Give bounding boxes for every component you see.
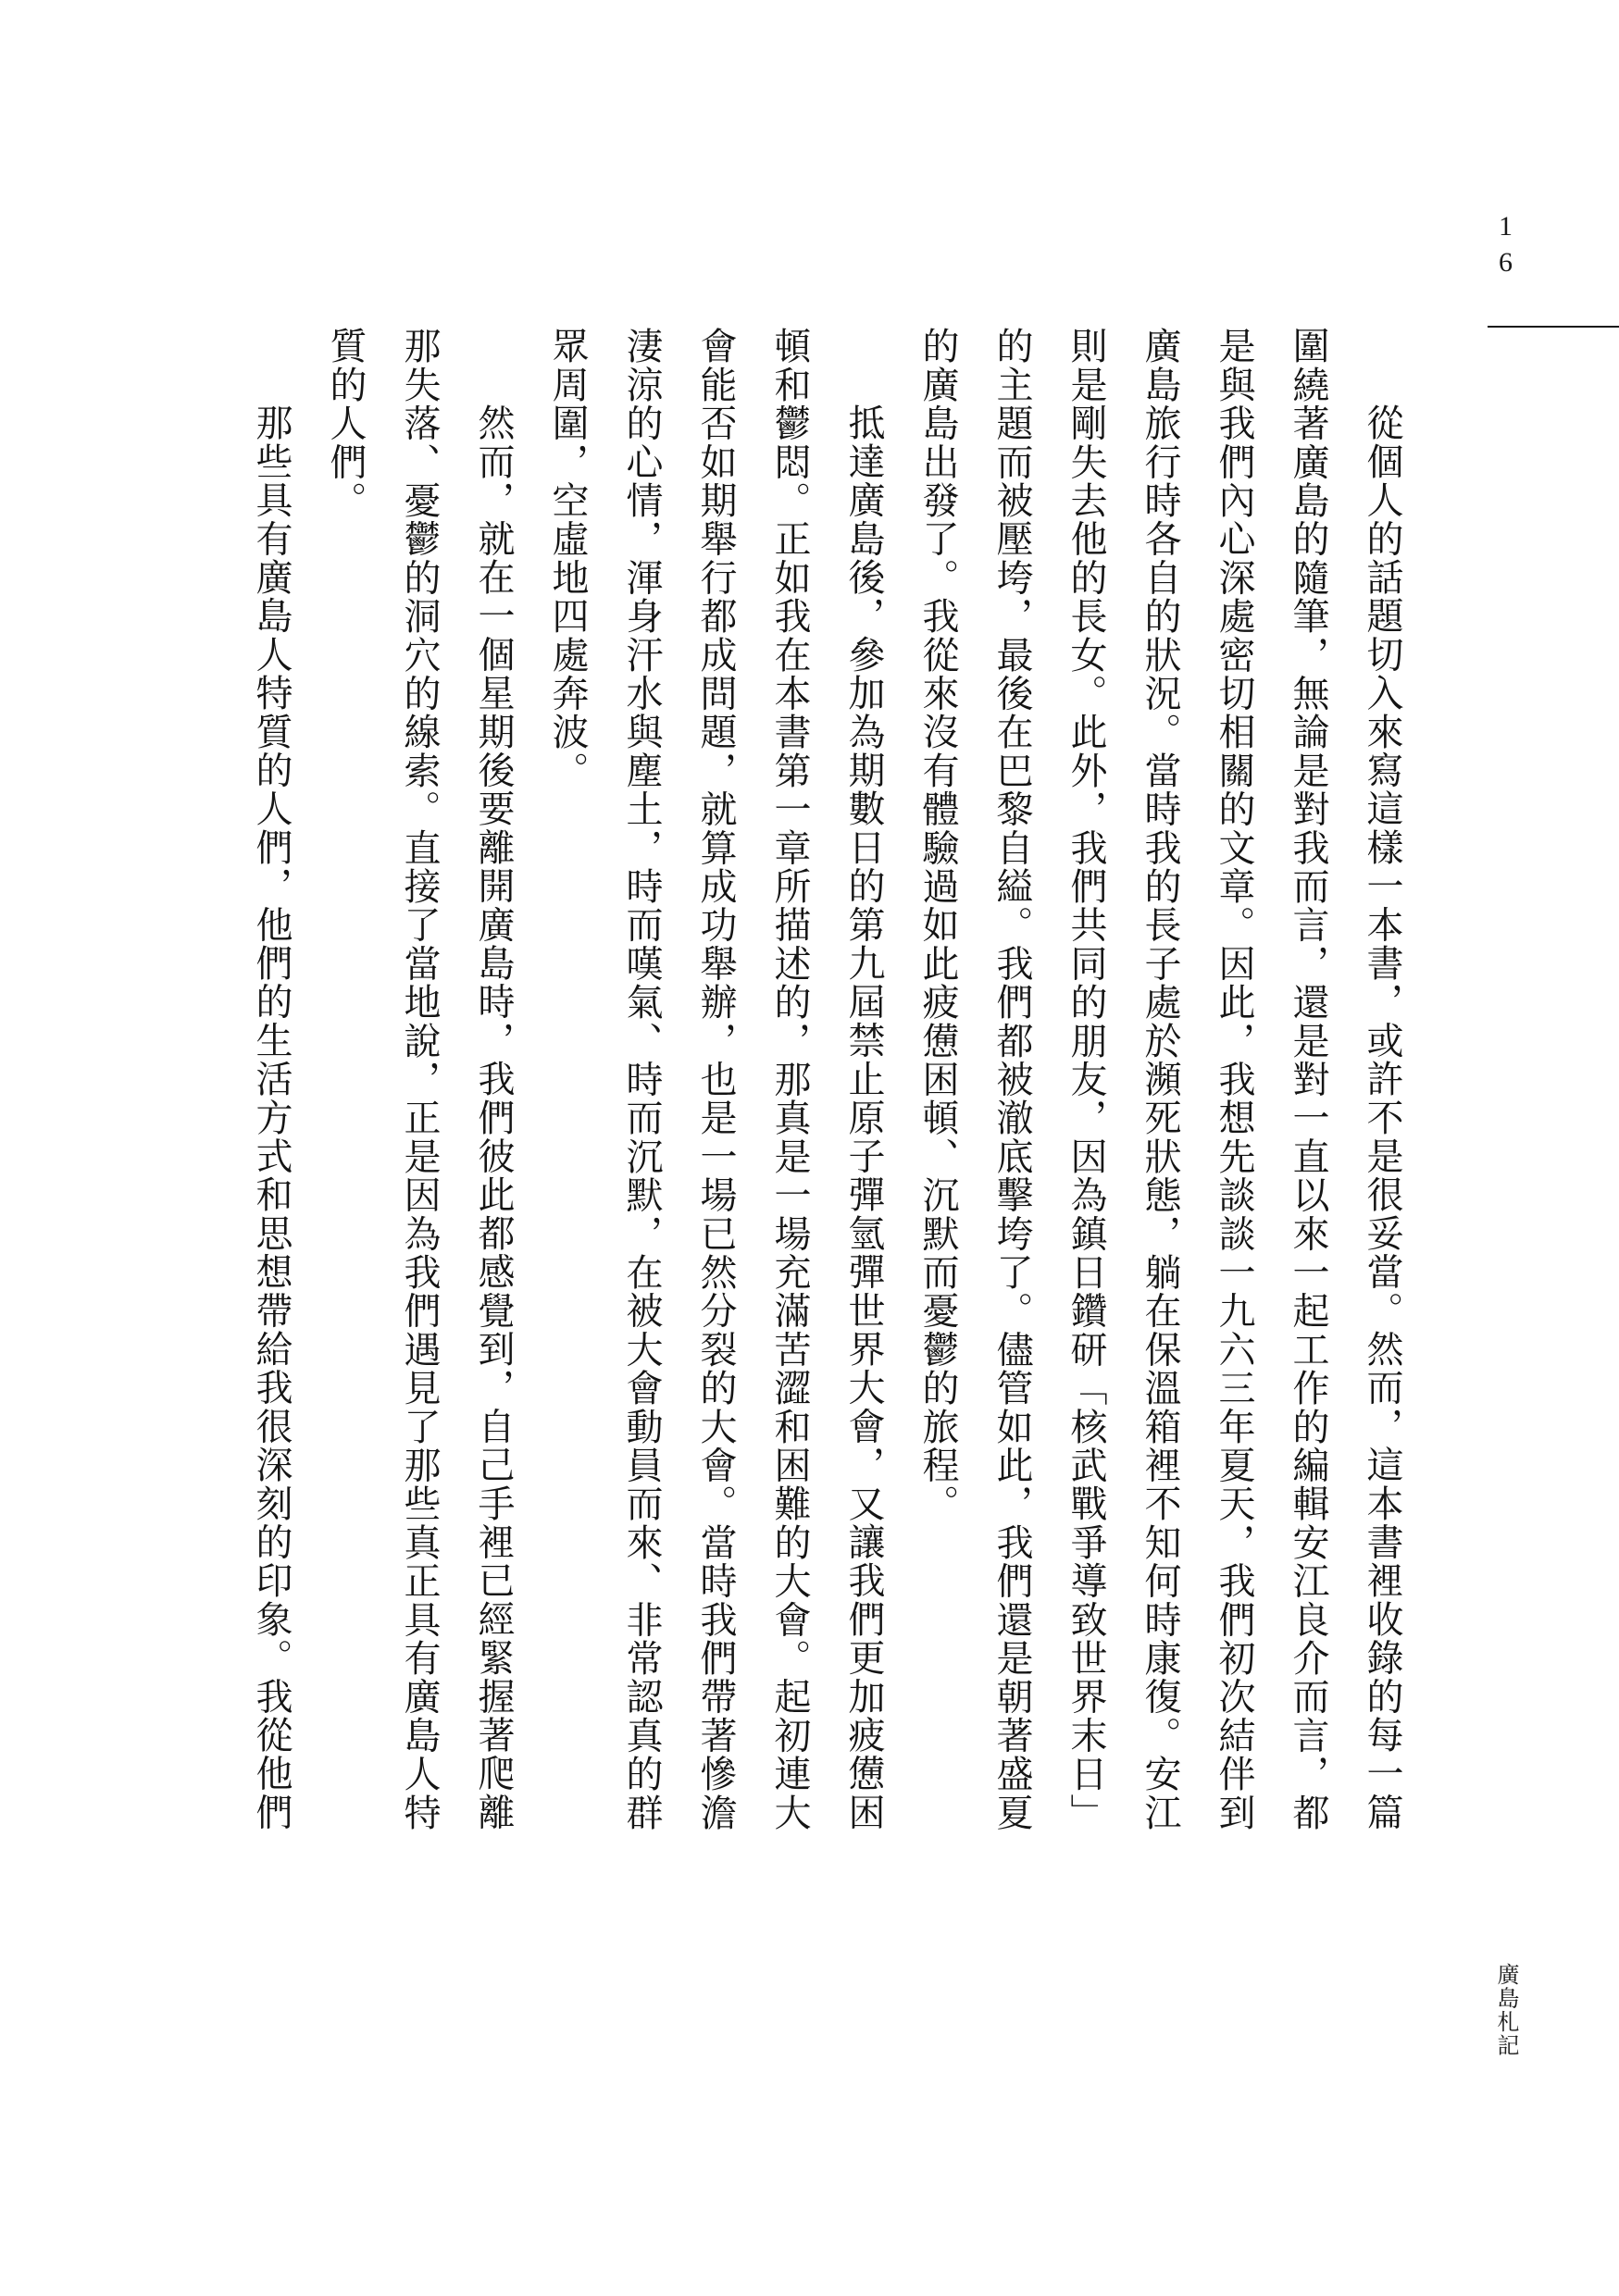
running-title: 廣島札記	[1491, 1963, 1519, 2057]
paragraph: 那些具有廣島人特質的人們，他們的生活方式和思想帶給我很深刻的印象。我從他們	[234, 327, 308, 1833]
book-page: 16 從個人的話題切入來寫這樣一本書，或許不是很妥當。然而，這本書裡收錄的每一篇…	[0, 0, 1619, 2296]
body-text: 從個人的話題切入來寫這樣一本書，或許不是很妥當。然而，這本書裡收錄的每一篇圍繞著…	[234, 327, 1419, 1833]
paragraph: 然而，就在一個星期後要離開廣島時，我們彼此都感覺到，自己手裡已經緊握著爬離那失落…	[308, 327, 530, 1833]
header-rule	[1488, 326, 1619, 328]
paragraph: 抵達廣島後，參加為期數日的第九屆禁止原子彈氫彈世界大會，又讓我們更加疲憊困頓和鬱…	[530, 327, 901, 1833]
page-number: 16	[1487, 211, 1524, 283]
paragraph: 從個人的話題切入來寫這樣一本書，或許不是很妥當。然而，這本書裡收錄的每一篇圍繞著…	[901, 327, 1419, 1833]
